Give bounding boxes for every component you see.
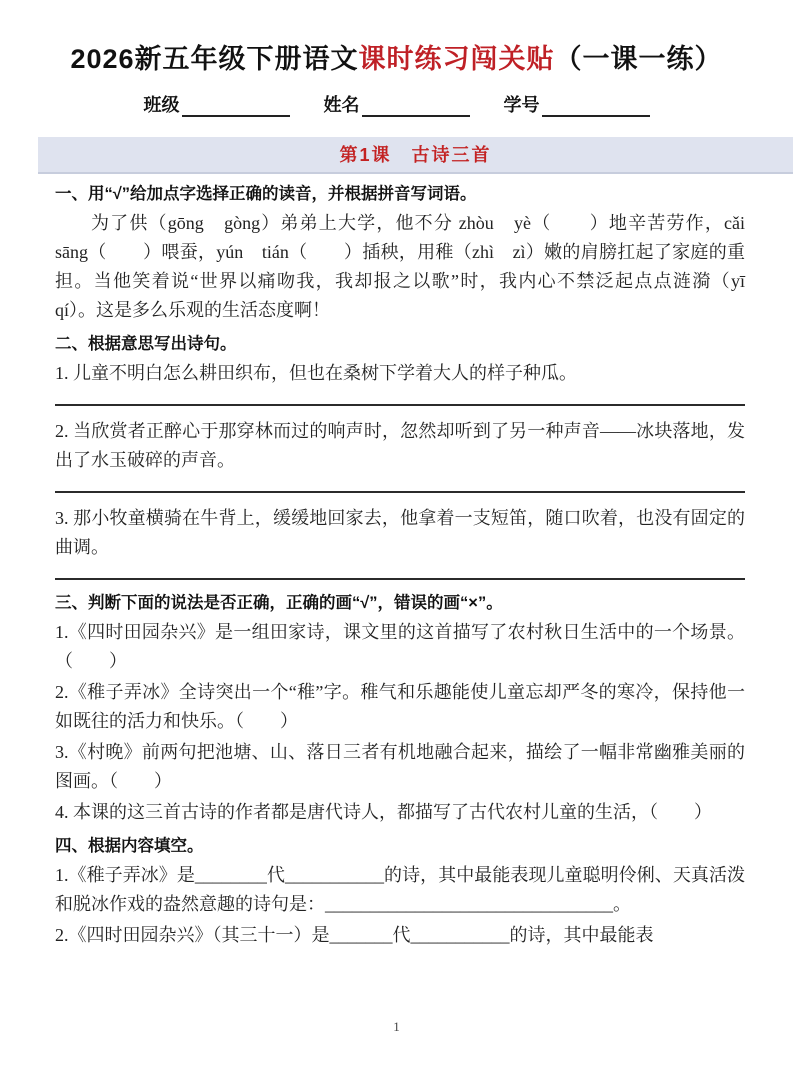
section-2-item-1: 1. 儿童不明白怎么耕田织布，但也在桑树下学着大人的样子种瓜。	[55, 359, 745, 388]
answer-line-1	[55, 390, 745, 406]
title-part-black-1: 2026新五年级下册语文	[70, 44, 358, 74]
student-id-blank	[542, 95, 650, 117]
section-3-item-2: 2.《稚子弄冰》全诗突出一个“稚”字。稚气和乐趣能使儿童忘却严冬的寒冷，保持他一…	[55, 678, 745, 736]
worksheet-content: 一、用“√”给加点字选择正确的读音，并根据拼音写词语。 为了供（gōng gòn…	[55, 182, 745, 950]
class-field: 班级	[144, 91, 290, 117]
lesson-banner-title: 第1课 古诗三首	[339, 145, 491, 165]
section-3-item-1: 1.《四时田园杂兴》是一组田家诗，课文里的这首描写了农村秋日生活中的一个场景。（…	[55, 618, 745, 676]
section-4-item-2: 2.《四时田园杂兴》（其三十一）是_______代___________的诗，其…	[55, 921, 745, 950]
student-info-row: 班级 姓名 学号	[0, 91, 793, 117]
page-number: 1	[0, 1019, 793, 1035]
student-id-label: 学号	[504, 91, 540, 117]
page-title: 2026新五年级下册语文课时练习闯关贴（一课一练）	[0, 0, 793, 76]
lesson-banner: 第1课 古诗三首	[38, 137, 793, 174]
name-field: 姓名	[324, 91, 470, 117]
class-blank	[182, 95, 290, 117]
section-2-heading: 二、根据意思写出诗句。	[55, 332, 745, 356]
section-4-item-1: 1.《稚子弄冰》是________代___________的诗，其中最能表现儿童…	[55, 861, 745, 919]
section-3-item-4: 4. 本课的这三首古诗的作者都是唐代诗人，都描写了古代农村儿童的生活，（ ）	[55, 798, 745, 827]
section-1-passage: 为了供（gōng gòng）弟弟上大学，他不分 zhòu yè（ ）地辛苦劳作，…	[55, 209, 745, 325]
title-part-red: 课时练习闯关贴	[359, 44, 555, 74]
class-label: 班级	[144, 91, 180, 117]
section-3-item-3: 3.《村晚》前两句把池塘、山、落日三者有机地融合起来，描绘了一幅非常幽雅美丽的图…	[55, 738, 745, 796]
name-label: 姓名	[324, 91, 360, 117]
answer-line-3	[55, 564, 745, 580]
section-1-heading: 一、用“√”给加点字选择正确的读音，并根据拼音写词语。	[55, 182, 745, 206]
worksheet-page: 2026新五年级下册语文课时练习闯关贴（一课一练） 班级 姓名 学号 第1课 古…	[0, 0, 793, 1073]
title-part-black-2: （一课一练）	[555, 44, 723, 74]
section-4-heading: 四、根据内容填空。	[55, 834, 745, 858]
section-2-item-2: 2. 当欣赏者正醉心于那穿林而过的响声时，忽然却听到了另一种声音——冰块落地，发…	[55, 417, 745, 475]
section-3-heading: 三、判断下面的说法是否正确，正确的画“√”，错误的画“×”。	[55, 591, 745, 615]
student-id-field: 学号	[504, 91, 650, 117]
name-blank	[362, 95, 470, 117]
answer-line-2	[55, 477, 745, 493]
section-2-item-3: 3. 那小牧童横骑在牛背上，缓缓地回家去，他拿着一支短笛，随口吹着，也没有固定的…	[55, 504, 745, 562]
